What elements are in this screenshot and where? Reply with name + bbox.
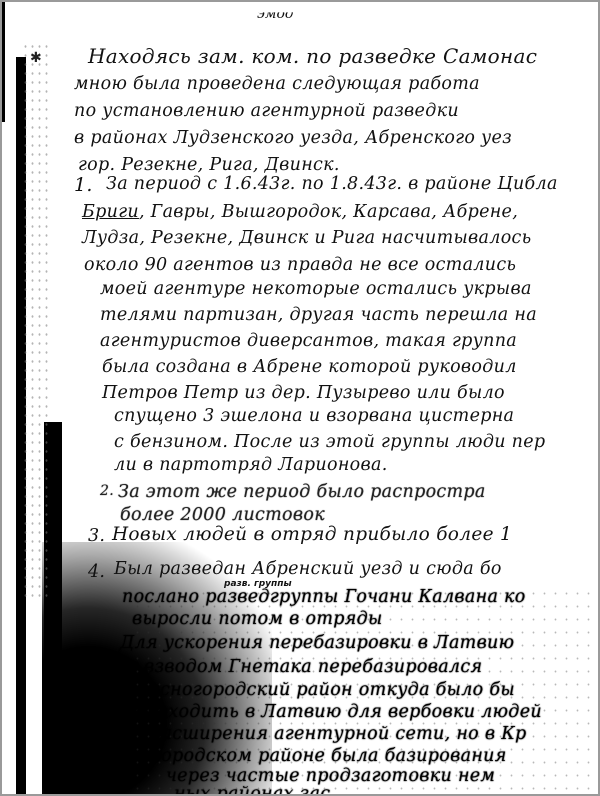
intro-line: мною была проведена следующая работа (74, 74, 480, 94)
item-line: с бензином. После из этой группы люди пе… (114, 432, 545, 452)
item-number: 2. (100, 483, 114, 499)
item-number: 3. (88, 526, 105, 546)
item-line: агентуристов диверсантов, такая группа (100, 331, 517, 351)
item-line: более 2000 листовок (120, 505, 325, 525)
item-line: спущено 3 эшелона и взорвана цистерна (114, 406, 514, 426)
intro-line: Находясь зам. ком. по разведке Самонас (88, 44, 537, 68)
item-line: через частые продзаготовки нем (166, 766, 495, 786)
header-fragment: эмод (257, 6, 294, 22)
intro-line: по установлению агентурной разведки (74, 101, 459, 121)
item-line: Бриги, Гавры, Вышгородок, Карсава, Абрен… (82, 202, 518, 222)
item-line: с взводом Гнетака перебазировался (128, 657, 482, 677)
item-line: За период с 1.6.43г. по 1.8.43г. в район… (106, 174, 558, 194)
intro-line: гор. Резекне, Рига, Двинск. (78, 155, 340, 175)
underlined-word: Бриги (82, 202, 139, 222)
item-line: выросли потом в отряды (132, 609, 383, 629)
handwritten-text: эмод Находясь зам. ком. по разведке Само… (2, 2, 598, 794)
item-line: ли в партотряд Ларионова. (114, 455, 388, 475)
item-line: Был разведан Абренский уезд и сюда бо (114, 559, 502, 579)
item-line: около 90 агентов из правда не все остали… (84, 255, 516, 275)
item-line: Петров Петр из дер. Пузырево или было (102, 383, 505, 403)
item-line: послано разведгруппы Гочани Калвана ко (122, 587, 526, 607)
item-number: 4. (88, 562, 105, 582)
item-line: городском районе была базирования (152, 746, 507, 766)
item-line: моей агентуре некоторые остались укрыва (100, 279, 532, 299)
item-line: ных районах зас... (174, 784, 348, 794)
item-line: расширения агентурной сети, но в Кр (150, 724, 527, 744)
item-line: За этот же период было распростра (118, 482, 486, 502)
item-line: Для ускорения перебазировки в Латвию (120, 633, 514, 653)
scanned-page: ✱ эмод Находясь зам. ком. по разведке Са… (2, 2, 598, 794)
item-line: Лудза, Резекне, Двинск и Рига насчитывал… (82, 228, 531, 248)
item-line: Новых людей в отряд прибыло более 1 (112, 524, 512, 545)
item-number: 1. (74, 174, 93, 196)
item-line: Красногородский район откуда было бы (124, 680, 515, 700)
item-line: переходить в Латвию для вербовки людей (124, 702, 542, 722)
intro-line: в районах Лудзенского уезда, Абренского … (74, 128, 512, 148)
item-line: телями партизан, другая часть перешла на (100, 305, 537, 325)
item-line: была создана в Абрене которой руководил (102, 357, 517, 377)
